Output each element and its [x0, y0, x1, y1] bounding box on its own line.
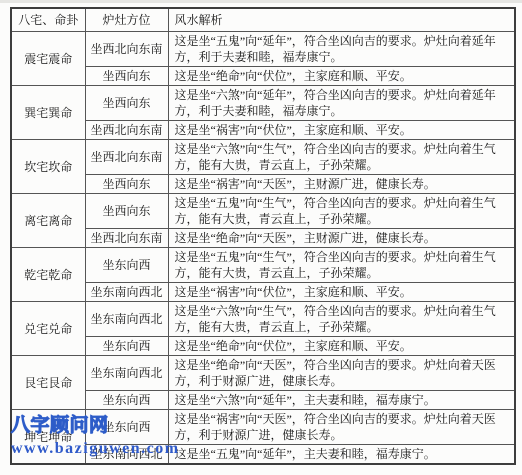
- analysis-cell: 这是坐“五鬼”向“延年”，符合坐凶向吉的要求。炉灶向着延年方，利于夫妻和睦，福寿…: [168, 32, 515, 67]
- stove-direction-cell: 坐东向西: [85, 410, 168, 445]
- house-cell: 坤宅坤命: [11, 410, 85, 465]
- analysis-cell: 这是坐“绝命”向“伏位”，主家庭和顺、平安。: [168, 67, 515, 86]
- analysis-cell: 这是坐“绝命”向“伏位”，主家庭和顺、平安。: [168, 337, 515, 356]
- house-cell: 艮宅艮命: [11, 356, 85, 410]
- stove-direction-cell: 坐东南向西北: [85, 356, 168, 391]
- house-cell: 兑宅兑命: [11, 302, 85, 356]
- stove-direction-cell: 坐西向东: [85, 67, 168, 86]
- stove-direction-cell: 坐西北向东南: [85, 140, 168, 175]
- analysis-cell: 这是坐“祸害”向“天医”，符合坐凶向吉的要求。炉灶向着天医方，利于财源广进，健康…: [168, 410, 515, 445]
- stove-direction-cell: 坐西北向东南: [85, 229, 168, 248]
- house-cell: 坎宅坎命: [11, 140, 85, 194]
- analysis-cell: 这是坐“绝命”向“天医”，符合坐凶向吉的要求。炉灶向着天医方，利于财源广进，健康…: [168, 356, 515, 391]
- table-row: 艮宅艮命坐东南向西北这是坐“绝命”向“天医”，符合坐凶向吉的要求。炉灶向着天医方…: [11, 356, 515, 391]
- table-row: 坐西北向东南这是坐“绝命”向“天医”，主财源广进，健康长寿。: [11, 229, 515, 248]
- analysis-cell: 这是坐“六煞”向“生气”，符合坐凶向吉的要求。炉灶向着生气方，能有大贵，青云直上…: [168, 302, 515, 337]
- col-header-house: 八宅、命卦: [11, 8, 85, 32]
- table-row: 坐东向西这是坐“绝命”向“伏位”，主家庭和顺、平安。: [11, 337, 515, 356]
- stove-direction-cell: 坐西向东: [85, 86, 168, 121]
- table-row: 坐西向东这是坐“绝命”向“伏位”，主家庭和顺、平安。: [11, 67, 515, 86]
- analysis-cell: 这是坐“祸害”向“伏位”，主家庭和顺、平安。: [168, 283, 515, 302]
- table-row: 坐东向西这是坐“六煞”向“延年”，主夫妻和睦，福寿康宁。: [11, 391, 515, 410]
- stove-direction-cell: 坐东南向西北: [85, 445, 168, 465]
- fengshui-stove-table: 八宅、命卦 炉灶方位 风水解析 震宅震命坐西北向东南这是坐“五鬼”向“延年”，符…: [10, 7, 516, 465]
- table-row: 兑宅兑命坐东南向西北这是坐“六煞”向“生气”，符合坐凶向吉的要求。炉灶向着生气方…: [11, 302, 515, 337]
- analysis-cell: 这是坐“五鬼”向“延年”，主夫妻和睦，福寿康宁。: [168, 445, 515, 465]
- col-header-stove-direction: 炉灶方位: [85, 8, 168, 32]
- table-row: 巽宅巽命坐西向东这是坐“六煞”向“延年”，符合坐凶向吉的要求。炉灶向着延年方，利…: [11, 86, 515, 121]
- table-row: 坐东南向西北这是坐“祸害”向“伏位”，主家庭和顺、平安。: [11, 283, 515, 302]
- house-cell: 巽宅巽命: [11, 86, 85, 140]
- analysis-cell: 这是坐“六煞”向“延年”，主夫妻和睦，福寿康宁。: [168, 391, 515, 410]
- table-row: 乾宅乾命坐东向西这是坐“五鬼”向“生气”，符合坐凶向吉的要求。炉灶向着生气方，能…: [11, 248, 515, 283]
- stove-direction-cell: 坐东向西: [85, 248, 168, 283]
- analysis-cell: 这是坐“祸害”向“伏位”，主家庭和顺、平安。: [168, 121, 515, 140]
- table-row: 坐西向东这是坐“祸害”向“天医”，主财源广进，健康长寿。: [11, 175, 515, 194]
- table-row: 坐西北向东南这是坐“祸害”向“伏位”，主家庭和顺、平安。: [11, 121, 515, 140]
- house-cell: 离宅离命: [11, 194, 85, 248]
- table-row: 坤宅坤命坐东向西这是坐“祸害”向“天医”，符合坐凶向吉的要求。炉灶向着天医方，利…: [11, 410, 515, 445]
- analysis-cell: 这是坐“五鬼”向“生气”，符合坐凶向吉的要求。炉灶向着生气方，能有大贵，青云直上…: [168, 248, 515, 283]
- house-cell: 乾宅乾命: [11, 248, 85, 302]
- stove-direction-cell: 坐东向西: [85, 391, 168, 410]
- stove-direction-cell: 坐东南向西北: [85, 283, 168, 302]
- house-cell: 震宅震命: [11, 32, 85, 86]
- stove-direction-cell: 坐西向东: [85, 175, 168, 194]
- stove-direction-cell: 坐东向西: [85, 337, 168, 356]
- analysis-cell: 这是坐“六煞”向“延年”，符合坐凶向吉的要求。炉灶向着延年方，利于夫妻和睦，福寿…: [168, 86, 515, 121]
- stove-direction-cell: 坐东南向西北: [85, 302, 168, 337]
- stove-direction-cell: 坐西向东: [85, 194, 168, 229]
- table-row: 震宅震命坐西北向东南这是坐“五鬼”向“延年”，符合坐凶向吉的要求。炉灶向着延年方…: [11, 32, 515, 67]
- table-row: 坎宅坎命坐西北向东南这是坐“六煞”向“生气”，符合坐凶向吉的要求。炉灶向着生气方…: [11, 140, 515, 175]
- stove-direction-cell: 坐西北向东南: [85, 121, 168, 140]
- stove-direction-cell: 坐西北向东南: [85, 32, 168, 67]
- table-row: 离宅离命坐西向东这是坐“五鬼”向“生气”，符合坐凶向吉的要求。炉灶向着生气方，能…: [11, 194, 515, 229]
- header-row: 八宅、命卦 炉灶方位 风水解析: [11, 8, 515, 32]
- analysis-cell: 这是坐“五鬼”向“生气”，符合坐凶向吉的要求。炉灶向着生气方，能有大贵，青云直上…: [168, 194, 515, 229]
- analysis-cell: 这是坐“绝命”向“天医”，主财源广进，健康长寿。: [168, 229, 515, 248]
- analysis-cell: 这是坐“祸害”向“天医”，主财源广进，健康长寿。: [168, 175, 515, 194]
- table-body: 震宅震命坐西北向东南这是坐“五鬼”向“延年”，符合坐凶向吉的要求。炉灶向着延年方…: [11, 32, 515, 465]
- scan-edge-artifact: [0, 0, 522, 3]
- table-row: 坐东南向西北这是坐“五鬼”向“延年”，主夫妻和睦，福寿康宁。: [11, 445, 515, 465]
- analysis-cell: 这是坐“六煞”向“生气”，符合坐凶向吉的要求。炉灶向着生气方，能有大贵，青云直上…: [168, 140, 515, 175]
- col-header-analysis: 风水解析: [168, 8, 515, 32]
